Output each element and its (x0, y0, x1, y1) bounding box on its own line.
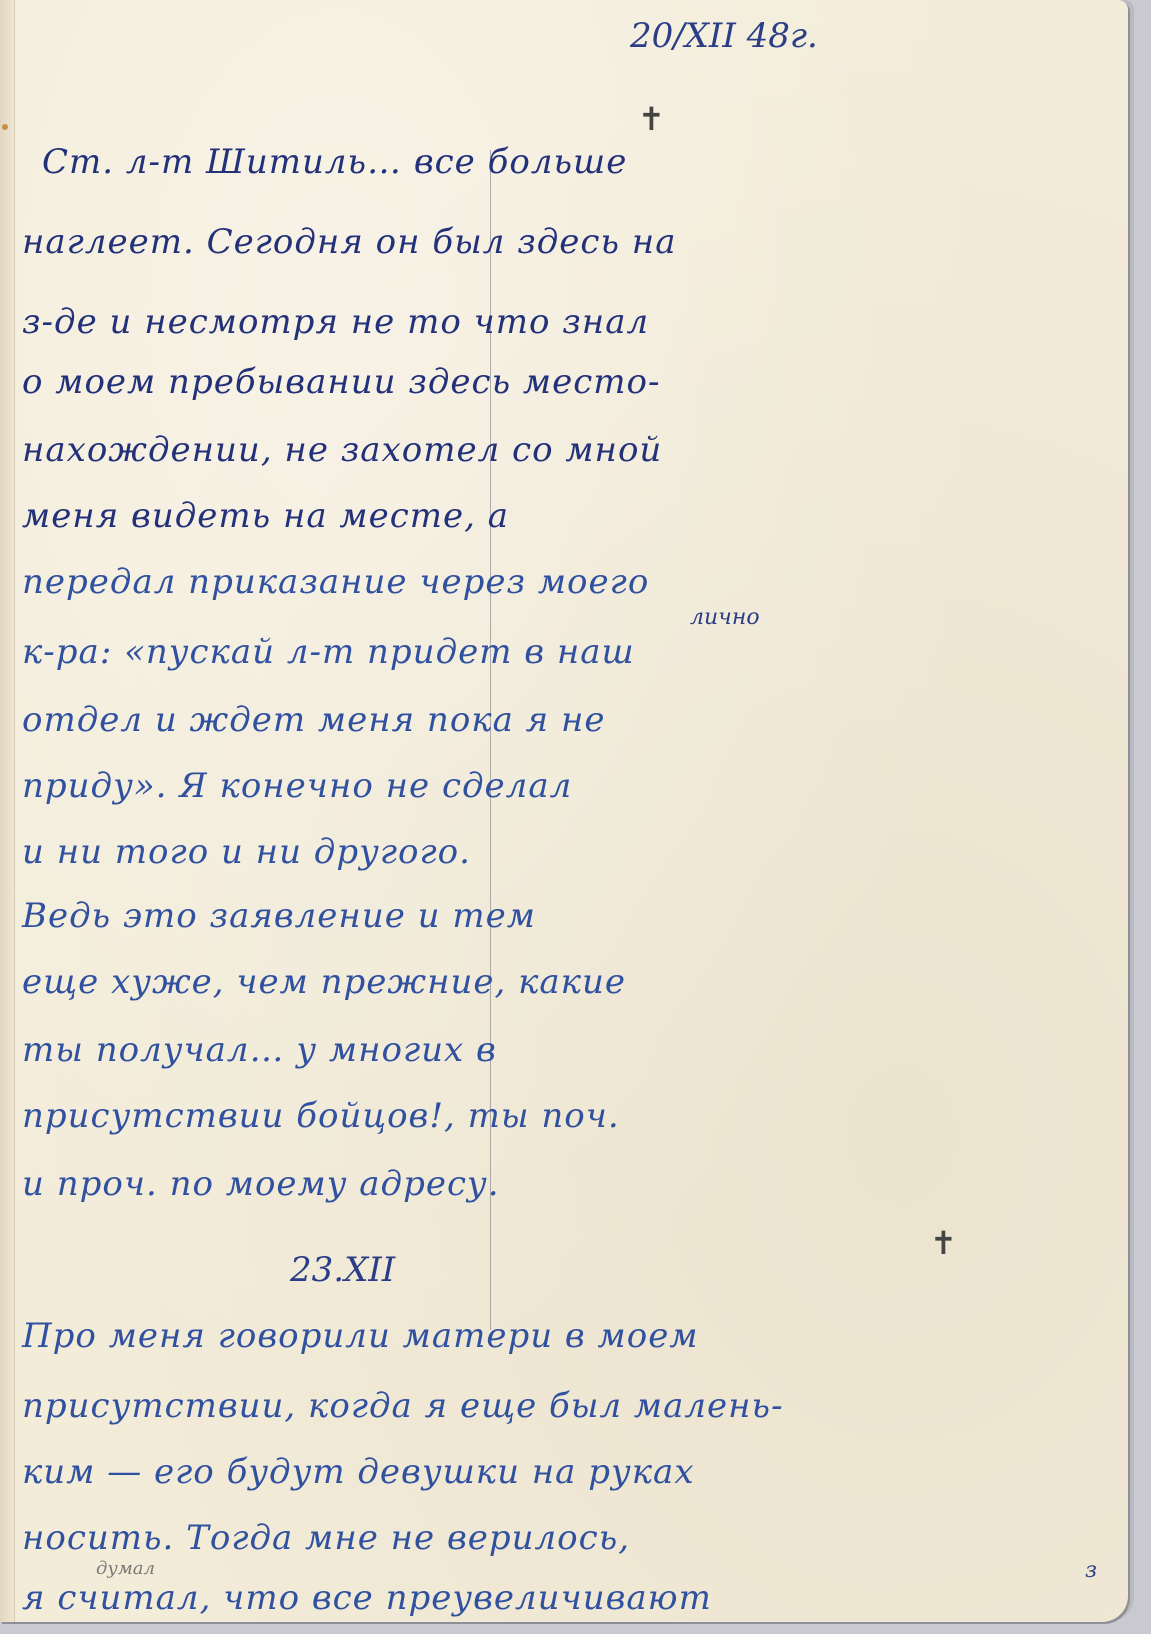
entry1-line-1: Ст. л-т Шитиль… все больше (42, 142, 627, 182)
entry1-line-16: и проч. по моему адресу. (22, 1164, 500, 1204)
entry2-line-2: присутствии, когда я еще был малень- (22, 1386, 784, 1426)
entry1-line-10: приду». Я конечно не сделал (22, 766, 572, 806)
page-binding-edge (0, 0, 15, 1622)
insertion-above-word: лично (690, 605, 760, 630)
entry1-line-4-text: о моем пребывании здесь место- (22, 362, 660, 402)
entry1-line-13: еще хуже, чем прежние, какие (22, 962, 626, 1002)
entry1-line-14: ты получал… у многих в (22, 1030, 497, 1070)
entry1-line-6: меня видеть на месте, а (22, 496, 509, 536)
entry1-line-5: нахождении, не захотел со мной (22, 430, 662, 470)
entry1-line-2: наглеет. Сегодня он был здесь на (22, 222, 676, 262)
entry2-line-1: Про меня говорили матери в моем (22, 1316, 699, 1356)
entry2-line-3: ким — его будут девушки на руках (22, 1452, 695, 1492)
entry1-line-11: и ни того и ни другого. (22, 832, 471, 872)
entry1-line-8: к-ра: «пускай л-т придет в наш (22, 632, 635, 672)
entry2-line-4: носить. Тогда мне не верилось, (22, 1518, 630, 1558)
cross-mark-icon: ✝ (930, 1224, 957, 1262)
entry-date-2: 23.XII (290, 1250, 395, 1290)
entry1-line-15: присутствии бойцов!, ты поч. (22, 1096, 620, 1136)
pencil-note: думал (96, 1558, 155, 1579)
entry1-line-4: о моем пребывании здесь место- (22, 362, 660, 402)
paper-stain (2, 124, 8, 130)
entry2-line-5: я считал, что все преувеличивают (22, 1578, 712, 1618)
entry1-line-3: з-де и несмотря не то что знал (22, 302, 649, 342)
entry1-line-7: передал приказание через моего (22, 562, 649, 602)
entry1-line-9: отдел и ждет меня пока я не (22, 700, 606, 740)
cross-mark-icon: ✝ (638, 100, 665, 138)
margin-mark: з (1085, 1558, 1097, 1583)
entry-date-1: 20/XII 48г. (630, 16, 818, 56)
diary-page: 20/XII 48г. ✝ Ст. л-т Шитиль… все больше… (0, 0, 1128, 1622)
entry1-line-12: Ведь это заявление и тем (22, 896, 536, 936)
